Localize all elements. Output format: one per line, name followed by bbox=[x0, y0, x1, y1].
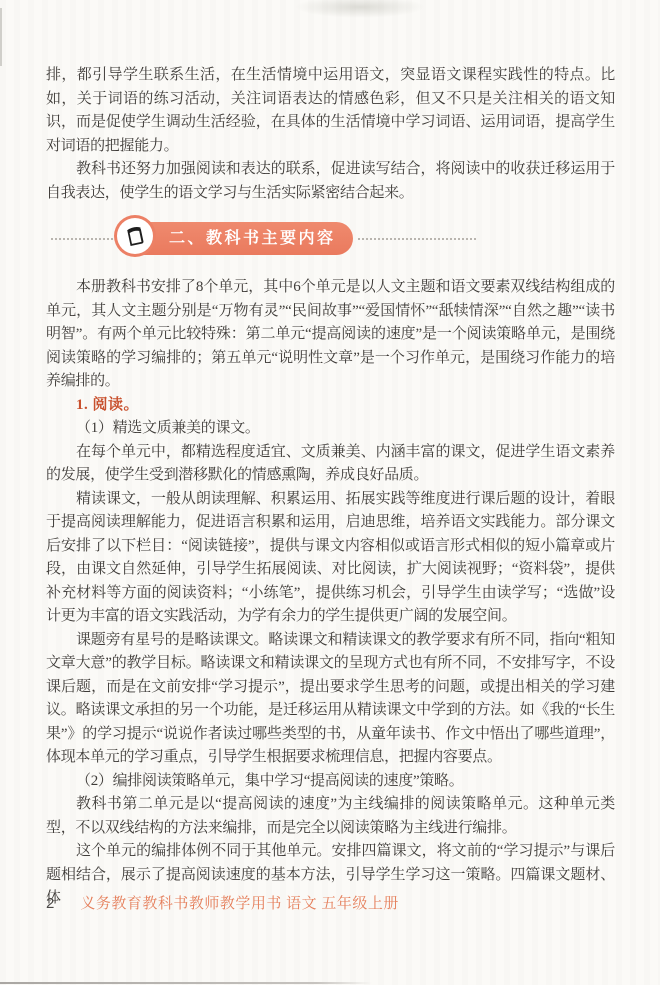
dotted-leader-left bbox=[51, 238, 117, 240]
footer-book-title: 义务教育教科书教师教学用书 语文 五年级上册 bbox=[80, 892, 399, 913]
section-header-label: 二、教科书主要内容 bbox=[169, 227, 336, 251]
scan-edge-left-artifact bbox=[0, 8, 2, 66]
paragraph-selected-texts: 在每个单元中，都精选程度适宜、文质兼美、内涵丰富的课文，促进学生语文素养的发展，… bbox=[46, 441, 615, 488]
page-footer: 2 义务教育教科书教师教学用书 语文 五年级上册 bbox=[46, 892, 399, 913]
paragraph-item-2-title: （2）编排阅读策略单元，集中学习“提高阅读的速度”策略。 bbox=[46, 770, 615, 794]
section-header-row: 二、教科书主要内容 bbox=[46, 222, 615, 255]
scanned-page: 排，都引导学生联系生活，在生活情境中运用语文，突显语文课程实践性的特点。比如，关… bbox=[0, 0, 660, 985]
paragraph-reading-writing-link: 教科书还努力加强阅读和表达的联系，促进读写结合，将阅读中的收获迁移运用于自我表达… bbox=[46, 158, 615, 205]
dotted-leader-right bbox=[358, 238, 476, 240]
page-number: 2 bbox=[46, 895, 54, 912]
scan-edge-bottom-artifact bbox=[0, 982, 372, 984]
paragraph-intensive-reading: 精读课文，一般从朗读理解、积累运用、拓展实践等维度进行课后题的设计，着眼于提高阅… bbox=[46, 488, 615, 629]
page-body: 排，都引导学生联系生活，在生活情境中运用语文，突显语文课程实践性的特点。比如，关… bbox=[46, 0, 615, 911]
paragraph-skimming-texts: 课题旁有星号的是略读课文。略读课文和精读课文的教学要求有所不同，指向“粗知文章大… bbox=[46, 629, 615, 770]
paragraph-strategy-unit: 教科书第二单元是以“提高阅读的速度”为主线编排的阅读策略单元。这种单元类型，不以… bbox=[46, 793, 615, 840]
paragraph-continuation: 排，都引导学生联系生活，在生活情境中运用语文，突显语文课程实践性的特点。比如，关… bbox=[46, 64, 615, 158]
paragraph-item-1-title: （1）精选文质兼美的课文。 bbox=[46, 417, 615, 441]
section-header-badge: 二、教科书主要内容 bbox=[119, 222, 353, 255]
heading-reading: 1. 阅读。 bbox=[46, 394, 615, 418]
book-icon bbox=[117, 218, 153, 254]
paragraph-units-overview: 本册教科书安排了8个单元，其中6个单元是以人文主题和语文要素双线结构组成的单元，… bbox=[46, 276, 615, 394]
